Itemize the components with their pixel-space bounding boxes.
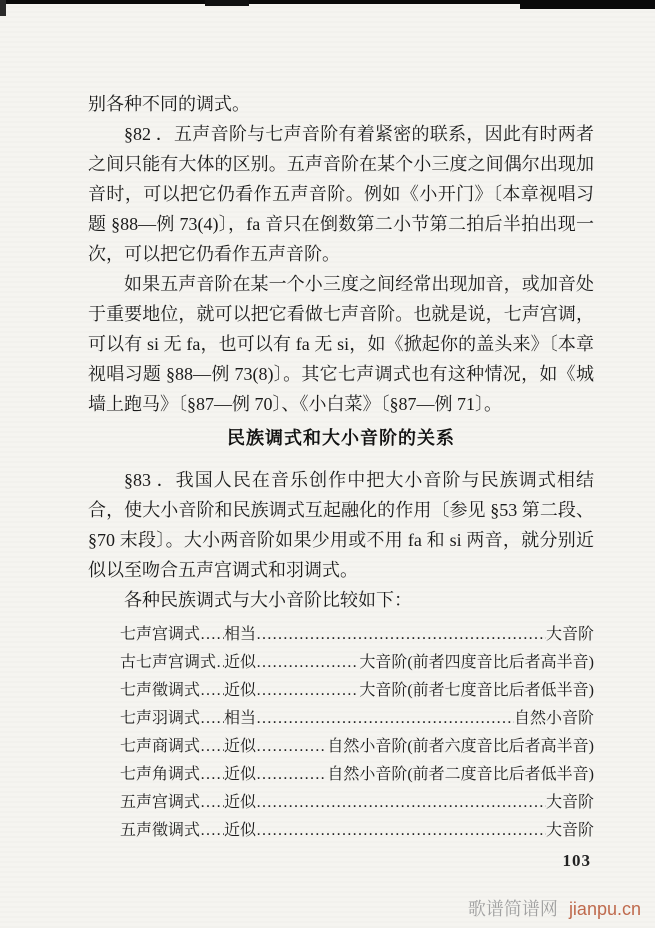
scan-edge-corner-left xyxy=(0,0,6,16)
paragraph-82: §82 ．五声音阶与七声音阶有着紧密的联系，因此有时两者之间只能有大体的区别。五… xyxy=(88,119,594,269)
section-heading: 民族调式和大小音阶的关系 xyxy=(88,423,594,453)
paragraph-82b: 如果五声音阶在某一个小三度之间经常出现加音，或加音处于重要地位，就可以把它看做七… xyxy=(88,269,594,419)
relation-word: 近似 xyxy=(224,789,256,817)
comparison-row: 七声羽调式……………………………………………………………………………………………… xyxy=(120,705,594,733)
mode-comparison-list: 七声宫调式……………………………………………………………………………………………… xyxy=(120,621,594,845)
relation-word: 相当 xyxy=(224,705,256,733)
dot-leader: …………………………………………………………………………………………………………… xyxy=(256,705,514,733)
scale-name: 大音阶 xyxy=(546,621,594,649)
watermark-site-url: jianpu.cn xyxy=(569,899,641,919)
relation-word: 相当 xyxy=(224,621,256,649)
dot-leader: …………………………………………………………………………………………………………… xyxy=(256,789,546,817)
mode-name-cell: 五声宫调式……………………………………………………………………………………………… xyxy=(120,789,224,817)
mode-name-cell: 七声羽调式……………………………………………………………………………………………… xyxy=(120,705,224,733)
comparison-row: 七声宫调式……………………………………………………………………………………………… xyxy=(120,621,594,649)
mode-name: 七声角调式 xyxy=(120,761,200,789)
paragraph-continuation: 别各种不同的调式。 xyxy=(88,89,594,119)
dot-leader: …………………………………………………………………………………………………………… xyxy=(200,705,224,733)
scan-edge-notch xyxy=(205,0,249,6)
mode-name-cell: 古七声宫调式…………………………………………………………………………………………… xyxy=(120,649,224,677)
mode-name-cell: 七声商调式……………………………………………………………………………………………… xyxy=(120,733,224,761)
mode-name-cell: 七声宫调式……………………………………………………………………………………………… xyxy=(120,621,224,649)
dot-leader: …………………………………………………………………………………………………………… xyxy=(216,649,224,677)
dot-leader: …………………………………………………………………………………………………………… xyxy=(256,733,327,761)
comparison-row: 古七声宫调式…………………………………………………………………………………………… xyxy=(120,649,594,677)
relation-word: 近似 xyxy=(224,761,256,789)
mode-name: 七声宫调式 xyxy=(120,621,200,649)
mode-name-cell: 五声徵调式……………………………………………………………………………………………… xyxy=(120,817,224,845)
scale-name: 大音阶(前者四度音比后者高半音) xyxy=(359,649,594,677)
dot-leader: …………………………………………………………………………………………………………… xyxy=(256,649,359,677)
mode-name: 七声商调式 xyxy=(120,733,200,761)
mode-name: 七声羽调式 xyxy=(120,705,200,733)
scale-name: 大音阶 xyxy=(546,789,594,817)
comparison-row: 七声徵调式……………………………………………………………………………………………… xyxy=(120,677,594,705)
dot-leader: …………………………………………………………………………………………………………… xyxy=(200,761,224,789)
dot-leader: …………………………………………………………………………………………………………… xyxy=(256,621,546,649)
relation-word: 近似 xyxy=(224,677,256,705)
mode-name: 五声徵调式 xyxy=(120,817,200,845)
dot-leader: …………………………………………………………………………………………………………… xyxy=(200,621,224,649)
comparison-row: 七声角调式……………………………………………………………………………………………… xyxy=(120,761,594,789)
book-page: 别各种不同的调式。 §82 ．五声音阶与七声音阶有着紧密的联系，因此有时两者之间… xyxy=(0,0,655,928)
dot-leader: …………………………………………………………………………………………………………… xyxy=(200,817,224,845)
dot-leader: …………………………………………………………………………………………………………… xyxy=(200,677,224,705)
mode-name-cell: 七声徵调式……………………………………………………………………………………………… xyxy=(120,677,224,705)
page-number: 103 xyxy=(563,851,592,871)
scale-name: 大音阶 xyxy=(546,817,594,845)
relation-word: 近似 xyxy=(224,733,256,761)
comparison-row: 七声商调式……………………………………………………………………………………………… xyxy=(120,733,594,761)
dot-leader: …………………………………………………………………………………………………………… xyxy=(200,789,224,817)
page-content: 别各种不同的调式。 §82 ．五声音阶与七声音阶有着紧密的联系，因此有时两者之间… xyxy=(88,89,594,845)
relation-word: 近似 xyxy=(224,649,256,677)
scale-name: 自然小音阶(前者二度音比后者低半音) xyxy=(327,761,594,789)
mode-name: 五声宫调式 xyxy=(120,789,200,817)
mode-name: 七声徵调式 xyxy=(120,677,200,705)
scale-name: 大音阶(前者七度音比后者低半音) xyxy=(359,677,594,705)
mode-name-cell: 七声角调式……………………………………………………………………………………………… xyxy=(120,761,224,789)
dot-leader: …………………………………………………………………………………………………………… xyxy=(256,817,546,845)
dot-leader: …………………………………………………………………………………………………………… xyxy=(256,677,359,705)
relation-word: 近似 xyxy=(224,817,256,845)
mode-name: 古七声宫调式 xyxy=(120,649,216,677)
dot-leader: …………………………………………………………………………………………………………… xyxy=(200,733,224,761)
scale-name: 自然小音阶(前者六度音比后者高半音) xyxy=(327,733,594,761)
comparison-row: 五声宫调式……………………………………………………………………………………………… xyxy=(120,789,594,817)
comparison-leadin: 各种民族调式与大小音阶比较如下： xyxy=(88,585,594,615)
comparison-row: 五声徵调式……………………………………………………………………………………………… xyxy=(120,817,594,845)
dot-leader: …………………………………………………………………………………………………………… xyxy=(256,761,327,789)
watermark-site-name: 歌谱简谱网 xyxy=(468,899,558,919)
scan-edge-top-right xyxy=(520,0,655,9)
watermark: 歌谱简谱网 jianpu.cn xyxy=(468,895,641,921)
paragraph-83: §83 ．我国人民在音乐创作中把大小音阶与民族调式相结合，使大小音阶和民族调式互… xyxy=(88,465,594,585)
scale-name: 自然小音阶 xyxy=(514,705,594,733)
